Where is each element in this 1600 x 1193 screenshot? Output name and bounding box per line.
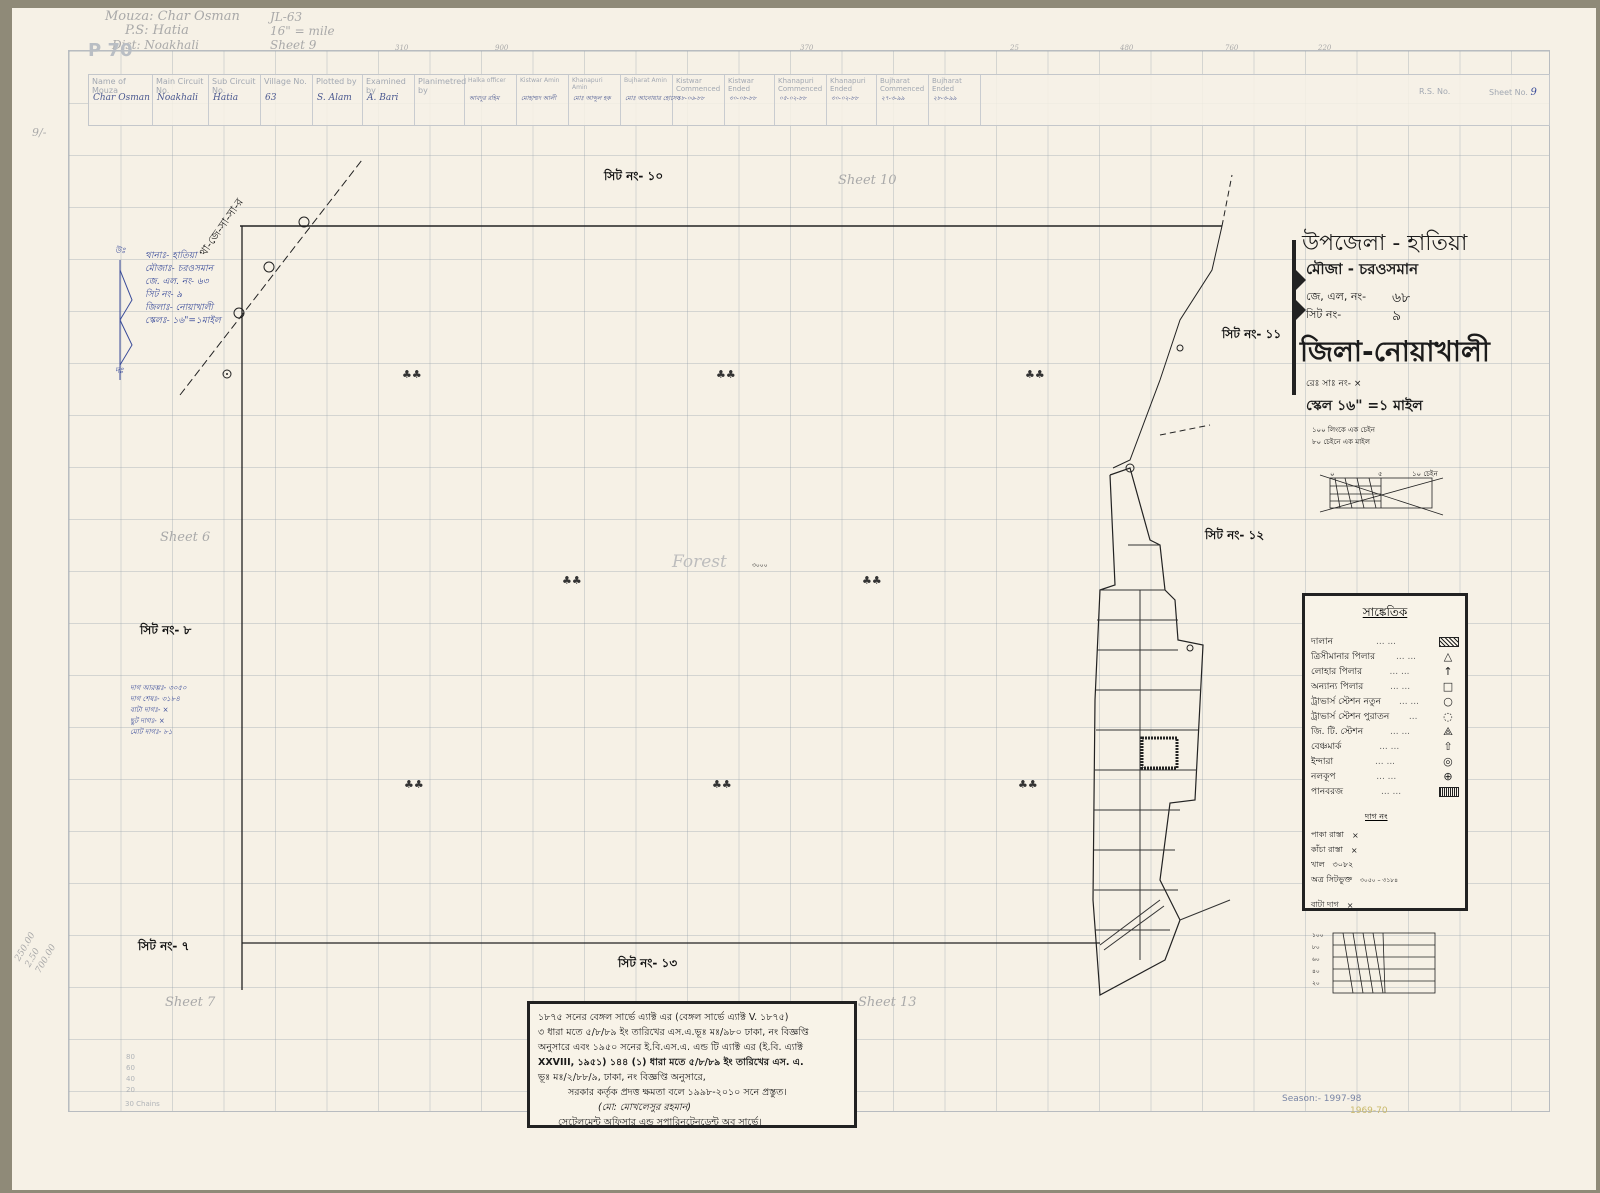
plot-item-canal: খাল৩০৮২ — [1305, 858, 1465, 873]
plot-item-dirt-road: কাঁচা রাস্তা× — [1305, 843, 1465, 858]
summary-bata: বাটা দাগঃ- × — [130, 705, 187, 716]
legend-item-other-pillar: অন্যান্য পিলার... ...□ — [1305, 679, 1465, 694]
legend-item-well: ইন্দারা... ...◎ — [1305, 754, 1465, 769]
season-note: Season:- 1997-98 — [1282, 1094, 1361, 1104]
tree-icon: ♣♣ — [562, 574, 582, 587]
jl-no-label: জে, এল, নং- — [1306, 288, 1366, 307]
legend-box: সাঙ্কেতিক দালান... ... ত্রিসীমানার পিলার… — [1302, 593, 1468, 911]
triangle-icon: △ — [1437, 650, 1459, 663]
benchmark-icon: ⇧ — [1437, 740, 1459, 753]
map-scale: স্কেল ১৬" =১ মাইল — [1306, 394, 1423, 418]
scale-chains-label: 30 Chains — [125, 1100, 160, 1108]
tree-icon: ♣♣ — [712, 778, 732, 791]
gt-station-icon: ⟁ — [1437, 725, 1459, 739]
legend-item-building: দালান... ... — [1305, 634, 1465, 649]
rs-sheet-label: রেঃ সাঃ নং- × — [1306, 376, 1361, 391]
bottom-left-scale-y: 80 60 40 20 — [126, 1052, 135, 1096]
plot-item-paved-road: পাকা রাস্তা× — [1305, 828, 1465, 843]
certification-block: ১৮৭৫ সনের বেঙ্গল সার্ভে এ্যাক্ট এর (বেঙ্… — [527, 1001, 857, 1128]
adjacent-sheet-10: সিট নং- ১০ — [604, 168, 663, 188]
legend-item-traverse-old: ট্রাভার্স স্টেশন পুরাতন...◌ — [1305, 709, 1465, 724]
legend-item-iron-pillar: লোহার পিলার... ...↑ — [1305, 664, 1465, 679]
info-mouza: মৌজাঃ- চরওসমান — [145, 263, 221, 276]
tubewell-icon: ⊕ — [1437, 770, 1459, 783]
well-icon: ◎ — [1437, 755, 1459, 768]
legend-item-benchmark: বেঞ্চমার্ক... ...⇧ — [1305, 739, 1465, 754]
scale-bar-mid: ৫ — [1378, 468, 1383, 480]
summary-start: দাগ আরম্ভঃ- ৩০৫০ — [130, 683, 187, 694]
south-arrow-label: দঃ — [115, 365, 123, 378]
plot-summary: দাগ আরম্ভঃ- ৩০৫০ দাগ শেষঃ- ৩১৮৪ বাটা দাগ… — [130, 683, 187, 738]
tree-icon: ♣♣ — [1018, 778, 1038, 791]
legend-item-traverse-new: ট্রাভার্স স্টেশন নতুন... ...○ — [1305, 694, 1465, 709]
signatory-name: (মো: মোখলেসুর রহমান) — [538, 1100, 846, 1115]
sheet-no-label: সিট নং- — [1306, 306, 1341, 325]
adjacent-sheet-13: সিট নং- ১৩ — [618, 955, 677, 975]
legend-item-tubewell: নলকূপ... ...⊕ — [1305, 769, 1465, 784]
parcel-number: ৩০০০ — [752, 560, 768, 571]
cert-line: ভূঃ মঃ/২/৮৮/৯, ঢাকা, নং বিজ্ঞপ্তি অনুসার… — [538, 1070, 846, 1085]
chain-note-2: ৮০ চেইনে এক মাইল — [1312, 436, 1370, 448]
cert-line: সরকার কর্তৃক প্রদত্ত ক্ষমতা বলে ১৯৯৮-২০১… — [538, 1085, 846, 1100]
left-info-block: থানাঃ- হাতিয়া মৌজাঃ- চরওসমান জে. এল. নং… — [145, 250, 221, 328]
adjacent-sheet-12: সিট নং- ১২ — [1205, 527, 1264, 547]
legend-title: সাঙ্কেতিক — [1305, 604, 1465, 624]
tree-icon: ♣♣ — [1025, 368, 1045, 381]
tree-icon: ♣♣ — [862, 574, 882, 587]
season-note-2: 1969-70 — [1350, 1106, 1388, 1116]
plot-item-bata-dag: বাটা দাগ× — [1305, 898, 1465, 913]
tree-icon: ♣♣ — [402, 368, 422, 381]
legend-item-betel-garden: পানবরজ... ... — [1305, 784, 1465, 799]
summary-chhut: ছুট দাগঃ- × — [130, 716, 187, 727]
tree-icon: ♣♣ — [716, 368, 736, 381]
sheet-no-value: ৯ — [1392, 304, 1401, 328]
scale-bar-zero: ০ — [1330, 468, 1335, 480]
adjacent-sheet-7: সিট নং- ৭ — [138, 938, 189, 958]
plot-item-sheet-range: অত্র সিটভুক্ত৩০৫০ – ৩১৮৪ — [1305, 873, 1465, 888]
dotted-rect-icon — [1439, 787, 1459, 797]
adjacent-sheet-11: সিট নং- ১১ — [1222, 326, 1281, 346]
cert-line: ৩ ধারা মতে ৫/৮/৮৯ ইং তারিখের এস.এ.ভূঃ মঃ… — [538, 1025, 846, 1040]
mouza-title: মৌজা - চরওসমান — [1306, 258, 1418, 283]
chain-note-1: ১০০ লিংকে এক চেইন — [1312, 424, 1375, 436]
legend-item-tri-junction-pillar: ত্রিসীমানার পিলার... ...△ — [1305, 649, 1465, 664]
adjacent-sheet-8: সিট নং- ৮ — [140, 622, 191, 642]
info-jl: জে. এল. নং- ৬৩ — [145, 276, 221, 289]
hatched-rect-icon — [1439, 637, 1459, 647]
cert-line: অনুসারে এবং ১৯৫০ সনের ই.বি.এস.এ. এন্ড টি… — [538, 1040, 846, 1055]
title-block: উপজেলা - হাতিয়া মৌজা - চরওসমান জে, এল, … — [1292, 226, 1552, 466]
summary-total: মোট দাগঃ- ৮১ — [130, 727, 187, 738]
district-title: জিলা-নোয়াখালী — [1300, 330, 1490, 377]
cert-line: XXVIII, ১৯৫১) ১৪৪ (১) ধারা মতে ৫/৮/৮৯ ইং… — [538, 1055, 846, 1070]
tree-icon: ♣♣ — [404, 778, 424, 791]
pencil-sheet-13: Sheet 13 — [858, 995, 917, 1010]
north-arrow-label: উঃ — [115, 245, 126, 258]
forest-label: Forest — [672, 552, 727, 572]
circle-icon: ○ — [1437, 695, 1459, 708]
pencil-sheet-6: Sheet 6 — [160, 530, 210, 545]
info-thana: থানাঃ- হাতিয়া — [145, 250, 221, 263]
scale-bar-end: ১০ চেইন — [1412, 468, 1438, 480]
info-sheet: সিট নং- ৯ — [145, 289, 221, 302]
diag-scale-labels: ১০০ ৮০ ৬০ ৪০ ২০ — [1312, 930, 1324, 990]
plot-no-header: দাগ নং — [1365, 811, 1465, 824]
dotted-circle-icon: ◌ — [1437, 710, 1459, 723]
info-scale: স্কেলঃ- ১৬"=১মাইল — [145, 315, 221, 328]
square-icon: □ — [1437, 680, 1459, 693]
cert-line: ১৮৭৫ সনের বেঙ্গল সার্ভে এ্যাক্ট এর (বেঙ্… — [538, 1010, 846, 1025]
legend-item-gt-station: জি. টি. স্টেশন... ...⟁ — [1305, 724, 1465, 739]
info-district: জিলাঃ- নোয়াখালী — [145, 302, 221, 315]
pencil-sheet-10: Sheet 10 — [838, 173, 897, 188]
pencil-sheet-7: Sheet 7 — [165, 995, 215, 1010]
summary-end: দাগ শেষঃ- ৩১৮৪ — [130, 694, 187, 705]
signatory-title: সেটেলমেন্ট অফিসার এন্ড সুপারিনটেনডেন্ট অ… — [538, 1115, 846, 1130]
arrow-up-icon: ↑ — [1437, 665, 1459, 678]
